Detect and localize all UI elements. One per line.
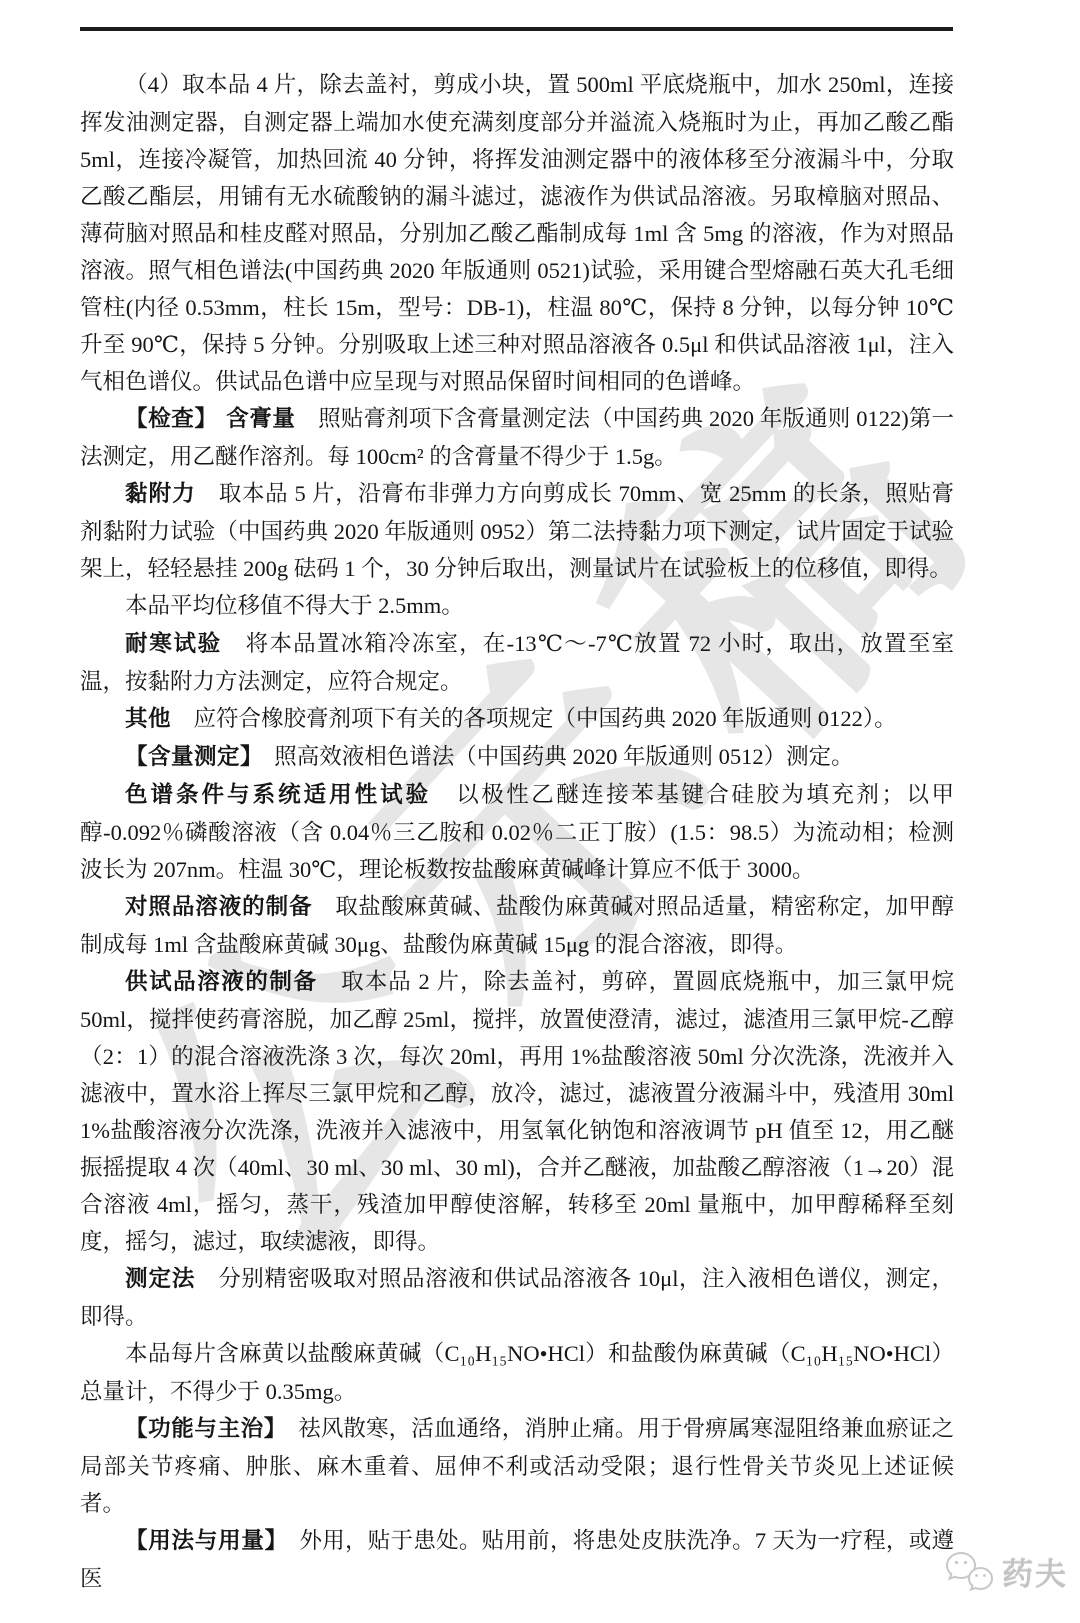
section-label: 【检查】 含膏量 — [125, 406, 296, 432]
paragraph-reference-solution: 对照品溶液的制备 取盐酸麻黄碱、盐酸伪麻黄碱对照品适量，精密称定，加甲醇制成每 … — [80, 888, 954, 963]
section-label: 对照品溶液的制备 — [125, 894, 312, 920]
paragraph-text: 分别精密吸取对照品溶液和供试品溶液各 10μl，注入液相色谱仪，测定，即得。 — [80, 1266, 954, 1329]
section-label: 黏附力 — [125, 481, 196, 507]
wechat-icon — [944, 1548, 996, 1595]
section-label: 【用法与用量】 — [125, 1528, 277, 1554]
paragraph-chromatographic-conditions: 色谱条件与系统适用性试验 以极性乙醚连接苯基键合硅胶为填充剂；以甲醇-0.092… — [80, 776, 954, 888]
paragraph-others: 其他 应符合橡胶膏剂项下有关的各项规定（中国药典 2020 年版通则 0122）… — [80, 700, 954, 738]
section-label: 测定法 — [125, 1266, 195, 1292]
paragraph-content-limit: 本品每片含麻黄以盐酸麻黄碱（C₁₀H₁₅NO•HCl）和盐酸伪麻黄碱（C₁₀H₁… — [80, 1335, 954, 1410]
paragraph-text: 本品每片含麻黄以盐酸麻黄碱（C₁₀H₁₅NO•HCl）和盐酸伪麻黄碱（C₁₀H₁… — [80, 1341, 954, 1404]
document-body: （4）取本品 4 片，除去盖衬，剪成小块，置 500ml 平底烧瓶中，加水 25… — [80, 66, 954, 1597]
document-page: 公示稿 （4）取本品 4 片，除去盖衬，剪成小块，置 500ml 平底烧瓶中，加… — [0, 0, 1080, 1623]
paragraph-adhesion: 黏附力 取本品 5 片，沿膏布非弹力方向剪成长 70mm、宽 25mm 的长条，… — [80, 475, 954, 587]
paragraph-identification-4: （4）取本品 4 片，除去盖衬，剪成小块，置 500ml 平底烧瓶中，加水 25… — [80, 66, 954, 400]
brand-name: 药夫 — [1002, 1549, 1068, 1594]
paragraph-text: （4）取本品 4 片，除去盖衬，剪成小块，置 500ml 平底烧瓶中，加水 25… — [80, 72, 954, 394]
top-divider-line — [80, 27, 953, 31]
section-label: 供试品溶液的制备 — [125, 969, 318, 995]
paragraph-determination-method: 测定法 分别精密吸取对照品溶液和供试品溶液各 10μl，注入液相色谱仪，测定，即… — [80, 1260, 954, 1335]
section-label: 【含量测定】 — [125, 744, 252, 770]
section-label: 色谱条件与系统适用性试验 — [125, 782, 431, 808]
section-label: 【功能与主治】 — [125, 1416, 276, 1442]
paragraph-text: 取本品 2 片，除去盖衬，剪碎，置圆底烧瓶中，加三氯甲烷 50ml，搅拌使药膏溶… — [80, 969, 954, 1254]
paragraph-assay: 【含量测定】 照高效液相色谱法（中国药典 2020 年版通则 0512）测定。 — [80, 738, 954, 776]
paragraph-text: 应符合橡胶膏剂项下有关的各项规定（中国药典 2020 年版通则 0122）。 — [171, 706, 897, 731]
section-label: 耐寒试验 — [125, 631, 222, 657]
paragraph-text: 本品平均位移值不得大于 2.5mm。 — [125, 593, 464, 618]
footer-brand-mark: 药夫 — [944, 1548, 1068, 1595]
paragraph-displacement-limit: 本品平均位移值不得大于 2.5mm。 — [80, 587, 954, 625]
paragraph-cold-resistance-test: 耐寒试验 将本品置冰箱冷冻室，在-13℃～-7℃放置 72 小时，取出，放置至室… — [80, 625, 954, 700]
paragraph-functions-indications: 【功能与主治】 祛风散寒，活血通络，消肿止痛。用于骨痹属寒湿阻络兼血瘀证之局部关… — [80, 1410, 954, 1522]
paragraph-usage-dosage: 【用法与用量】 外用，贴于患处。贴用前，将患处皮肤洗净。7 天为一疗程，或遵医 — [80, 1522, 954, 1597]
section-label: 其他 — [125, 706, 171, 732]
paragraph-text: 照高效液相色谱法（中国药典 2020 年版通则 0512）测定。 — [252, 744, 854, 769]
paragraph-test-solution: 供试品溶液的制备 取本品 2 片，除去盖衬，剪碎，置圆底烧瓶中，加三氯甲烷 50… — [80, 963, 954, 1260]
paragraph-check-paste-content: 【检查】 含膏量 照贴膏剂项下含膏量测定法（中国药典 2020 年版通则 012… — [80, 400, 954, 475]
paragraph-text: 取本品 5 片，沿膏布非弹力方向剪成长 70mm、宽 25mm 的长条，照贴膏剂… — [80, 481, 954, 581]
